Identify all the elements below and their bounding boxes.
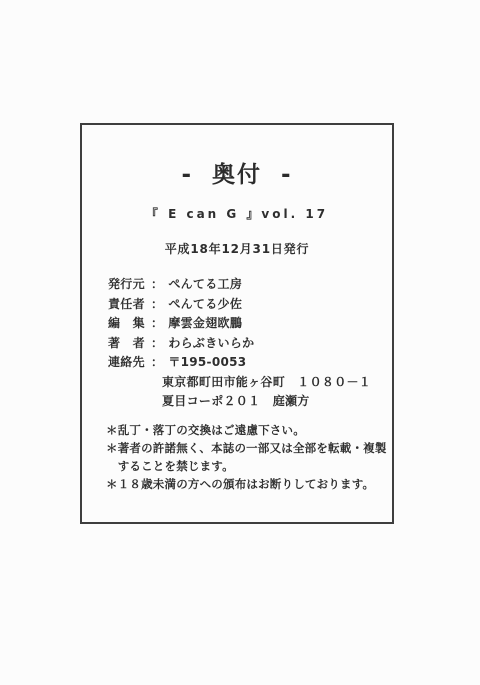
info-label: 責任者 bbox=[108, 295, 145, 315]
info-separator: ： bbox=[151, 314, 163, 334]
note-line-3: することを禁じます。 bbox=[106, 457, 387, 475]
info-row-editor: 編 集：摩雲金翅欧鵬 bbox=[108, 314, 371, 334]
info-value: 摩雲金翅欧鵬 bbox=[168, 316, 242, 330]
publish-date: 平成18年12月31日発行 bbox=[82, 242, 392, 256]
info-row-contact: 連絡先：〒195-0053 bbox=[108, 353, 371, 373]
info-separator: ： bbox=[151, 334, 163, 354]
info-label: 著 者 bbox=[108, 334, 145, 354]
info-value: ぺんてる少佐 bbox=[168, 297, 242, 311]
info-label: 発行元 bbox=[108, 275, 145, 295]
note-line-2: ＊著者の許諾無く、本誌の一部又は全部を転載・複製 bbox=[106, 439, 387, 457]
info-label: 編 集 bbox=[108, 314, 145, 334]
contact-address-line-1: 東京都町田市能ヶ谷町 １０８０－１ bbox=[108, 373, 371, 393]
note-line-1: ＊乱丁・落丁の交換はご遠慮下さい。 bbox=[106, 421, 387, 439]
info-separator: ： bbox=[151, 353, 163, 373]
colophon-border-box: - 奥付 - 『 E can G 』vol. 17 平成18年12月31日発行 … bbox=[80, 123, 394, 524]
page-title: - 奥付 - bbox=[82, 163, 392, 187]
scanned-colophon-page: - 奥付 - 『 E can G 』vol. 17 平成18年12月31日発行 … bbox=[0, 0, 480, 685]
info-row-author: 著 者：わらぶきいらか bbox=[108, 334, 371, 354]
info-separator: ： bbox=[151, 275, 163, 295]
info-value: 〒195-0053 bbox=[168, 355, 246, 369]
info-value: ぺんてる工房 bbox=[168, 277, 242, 291]
info-separator: ： bbox=[151, 295, 163, 315]
info-value: わらぶきいらか bbox=[168, 336, 254, 350]
disclaimer-notes: ＊乱丁・落丁の交換はご遠慮下さい。 ＊著者の許諾無く、本誌の一部又は全部を転載・… bbox=[106, 421, 387, 493]
contact-address-line-2: 夏目コーポ２０１ 庭瀬方 bbox=[108, 392, 371, 412]
publication-info-list: 発行元：ぺんてる工房 責任者：ぺんてる少佐 編 集：摩雲金翅欧鵬 著 者：わらぶ… bbox=[108, 275, 371, 412]
note-line-4: ＊１８歳未満の方への頒布はお断りしております。 bbox=[106, 475, 387, 493]
info-row-responsible: 責任者：ぺんてる少佐 bbox=[108, 295, 371, 315]
series-title: 『 E can G 』vol. 17 bbox=[82, 207, 392, 221]
info-row-publisher: 発行元：ぺんてる工房 bbox=[108, 275, 371, 295]
info-label: 連絡先 bbox=[108, 353, 145, 373]
